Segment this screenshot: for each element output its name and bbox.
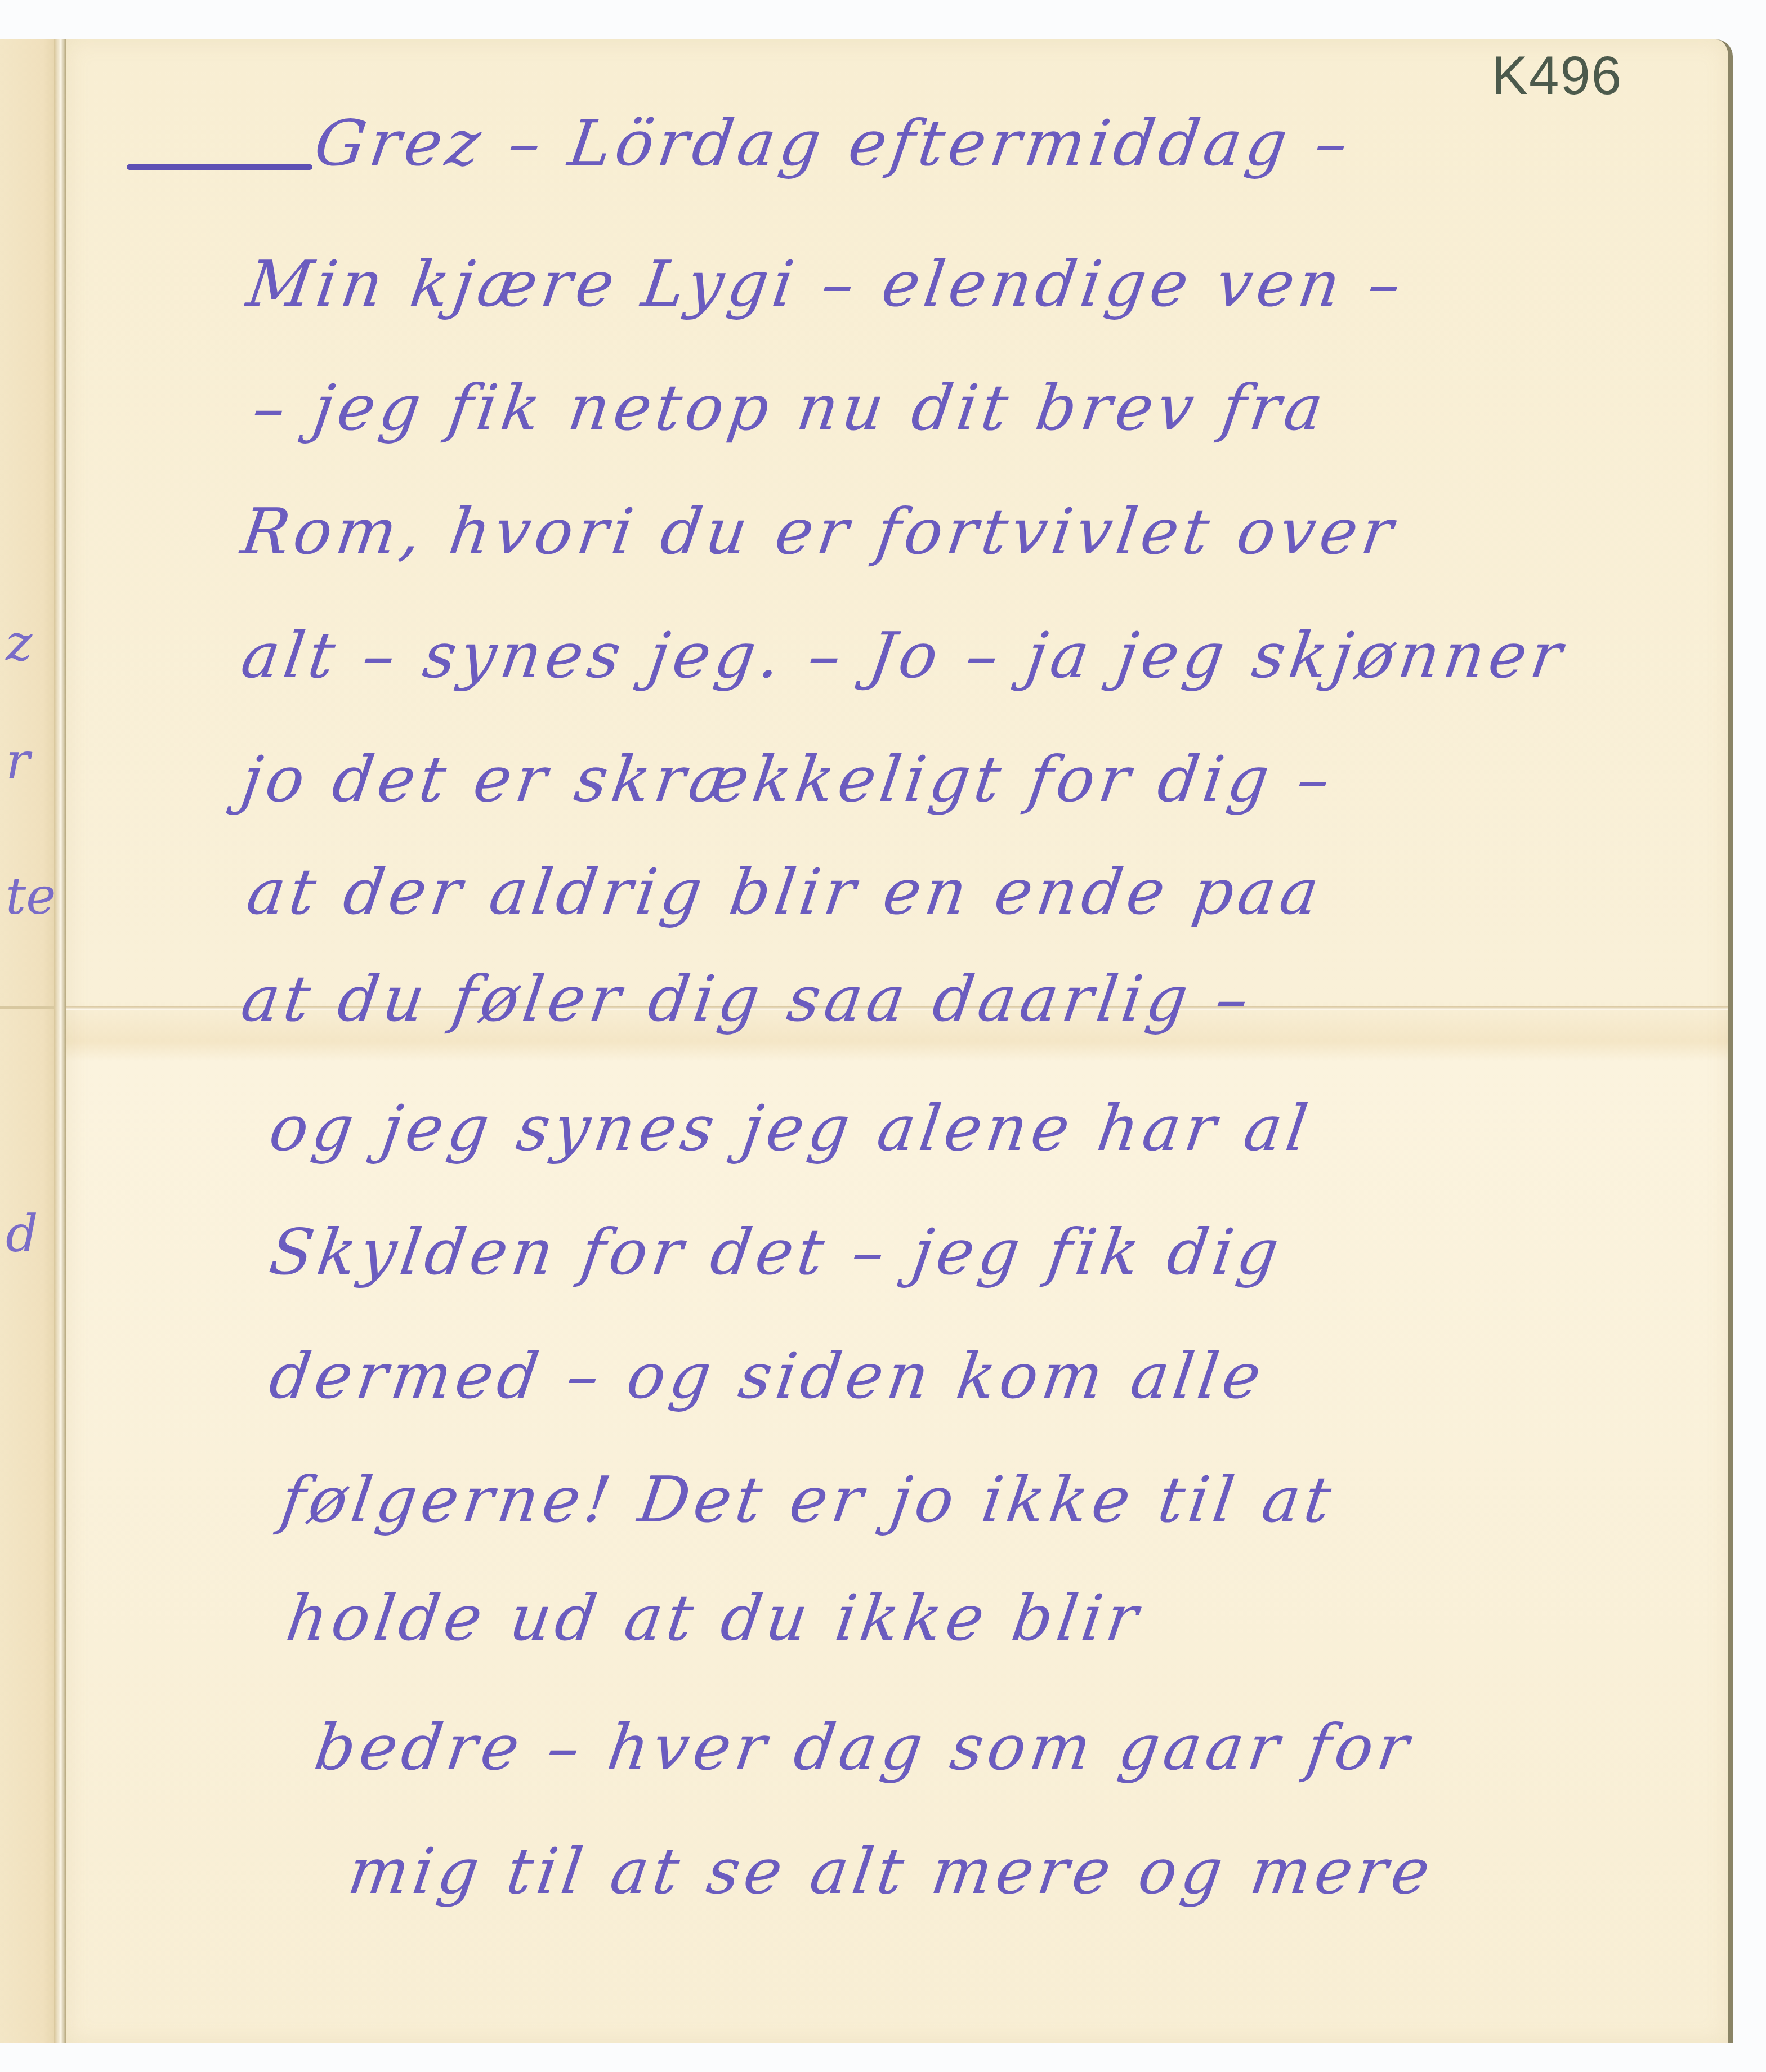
left-fragment: te <box>6 867 56 926</box>
left-page-fold <box>0 1006 62 1009</box>
letter-line-9: og jeg synes jeg alene har al <box>265 1092 1316 1165</box>
letter-line-8: at du føler dig saa daarlig – <box>237 963 1257 1036</box>
letter-line-1: Grez – Lördag eftermiddag – <box>310 107 1357 180</box>
letter-line-7: at der aldrig blir en ende paa <box>243 856 1327 929</box>
letter-line-2: Min kjære Lygi – elendige ven – <box>243 248 1410 321</box>
archive-number: K496 <box>1492 45 1622 107</box>
letter-line-10: Skylden for det – jeg fik dig <box>265 1216 1287 1289</box>
left-fragment: r <box>6 732 30 791</box>
letter-line-6: jo det er skrækkeligt for dig – <box>237 743 1339 816</box>
letter-line-13: holde ud at du ikke blir <box>282 1582 1147 1655</box>
letter-line-3: – jeg fik netop nu dit brev fra <box>248 372 1332 445</box>
letter-line-14: bedre – hver dag som gaar for <box>310 1711 1418 1784</box>
letter-line-12: følgerne! Det er jo ikke til at <box>276 1464 1340 1537</box>
heading-dash <box>127 164 312 170</box>
letter-line-15: mig til at se alt mere og mere <box>344 1835 1439 1908</box>
left-fragment: z <box>6 614 32 673</box>
letter-line-11: dermed – og siden kom alle <box>265 1340 1270 1413</box>
left-page-edge <box>0 39 62 2043</box>
letter-line-5: alt – synes jeg. – Jo – ja jeg skjønner <box>237 619 1571 692</box>
left-fragment: d <box>6 1205 38 1264</box>
letter-line-4: Rom, hvori du er fortvivlet over <box>237 495 1402 569</box>
